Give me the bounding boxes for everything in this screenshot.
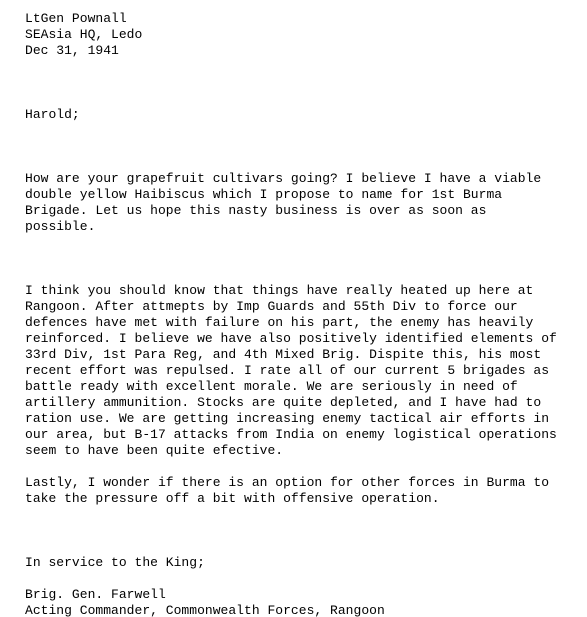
signature-title: Acting Commander, Commonwealth Forces, R…	[25, 603, 587, 617]
paragraph-line: ration use. We are getting increasing en…	[25, 411, 587, 427]
signature: Brig. Gen. Farwell Acting Commander, Com…	[25, 587, 587, 617]
paragraph-line: double yellow Haibiscus which I propose …	[25, 187, 587, 203]
paragraph-line: possible.	[25, 219, 587, 235]
paragraph-line: Brigade. Let us hope this nasty business…	[25, 203, 587, 219]
paragraph-line: battle ready with excellent morale. We a…	[25, 379, 587, 395]
letter: LtGen Pownall SEAsia HQ, Ledo Dec 31, 19…	[25, 11, 587, 617]
paragraph-line: reinforced. I believe we have also posit…	[25, 331, 587, 347]
paragraph-line: 33rd Div, 1st Para Reg, and 4th Mixed Br…	[25, 347, 587, 363]
closing: In service to the King;	[25, 555, 587, 571]
paragraph-line: seem to have been quite efective.	[25, 443, 587, 459]
paragraph-line: take the pressure off a bit with offensi…	[25, 491, 587, 507]
paragraph-line: Rangoon. After attmepts by Imp Guards an…	[25, 299, 587, 315]
paragraph-line: How are your grapefruit cultivars going?…	[25, 171, 587, 187]
paragraph-2: I think you should know that things have…	[25, 283, 587, 459]
salutation: Harold;	[25, 107, 587, 123]
paragraph-line: I think you should know that things have…	[25, 283, 587, 299]
paragraph-line: our area, but B-17 attacks from India on…	[25, 427, 587, 443]
letter-date: Dec 31, 1941	[25, 43, 587, 59]
recipient-name: LtGen Pownall	[25, 11, 587, 27]
paragraph-line: artillery ammunition. Stocks are quite d…	[25, 395, 587, 411]
paragraph-line: Lastly, I wonder if there is an option f…	[25, 475, 587, 491]
recipient-location: SEAsia HQ, Ledo	[25, 27, 587, 43]
paragraph-line: recent effort was repulsed. I rate all o…	[25, 363, 587, 379]
paragraph-line: defences have met with failure on his pa…	[25, 315, 587, 331]
signature-name: Brig. Gen. Farwell	[25, 587, 587, 603]
paragraph-1: How are your grapefruit cultivars going?…	[25, 171, 587, 235]
letter-header: LtGen Pownall SEAsia HQ, Ledo Dec 31, 19…	[25, 11, 587, 59]
paragraph-3: Lastly, I wonder if there is an option f…	[25, 475, 587, 507]
